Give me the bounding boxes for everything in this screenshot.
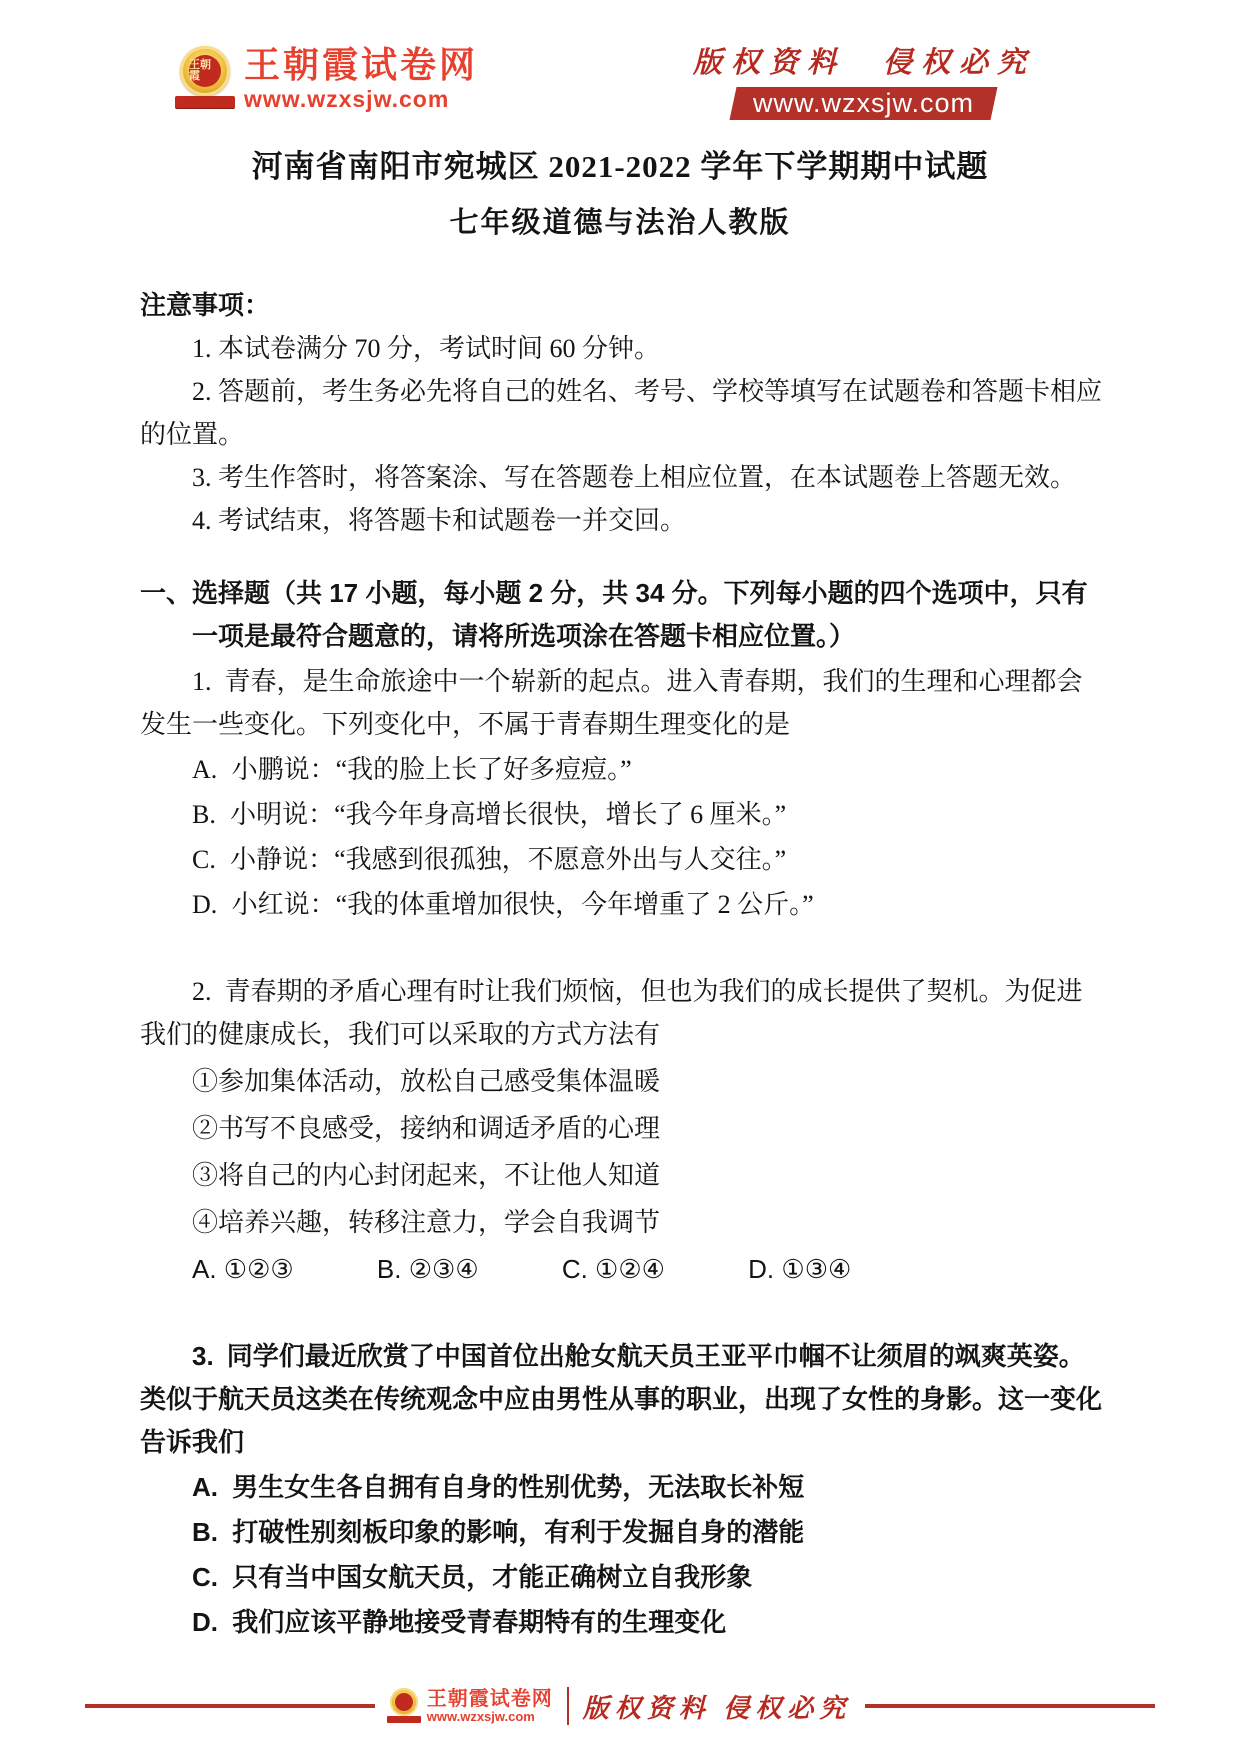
notice-item-1: 1. 本试卷满分 70 分，考试时间 60 分钟。 <box>140 327 1102 370</box>
footer-logo-center <box>395 1693 413 1711</box>
option-label: D. <box>192 890 217 919</box>
footer-copyright-slogan: 版权资料 侵权必究 <box>583 1688 852 1725</box>
notice-item-2: 2. 答题前，考生务必先将自己的姓名、考号、学校等填写在试题卷和答题卡相应的位置… <box>140 370 1102 456</box>
option-label: B. <box>192 800 216 829</box>
banner-url-text: www.wzxsjw.com <box>753 88 974 119</box>
option-label: C. <box>192 1562 218 1592</box>
footer-brand-name: 王朝霞试卷网 <box>427 1688 553 1710</box>
question-2-option-a: A. ①②③ <box>192 1254 294 1284</box>
option-text: 小明说：“我今年身高增长很快，增长了 6 厘米。” <box>230 800 786 829</box>
question-3-number: 3. <box>192 1341 214 1371</box>
option-text: 打破性别刻板印象的影响，有利于发掘自身的潜能 <box>232 1517 804 1547</box>
question-3-stem-text: 同学们最近欣赏了中国首位出舱女航天员王亚平巾帼不让须眉的飒爽英姿。类似于航天员这… <box>140 1341 1102 1457</box>
copyright-slogan: 版权资料 侵权必究 <box>693 40 1035 81</box>
brand-logo-icon: 王朝霞 <box>178 46 232 108</box>
option-label: A. <box>192 1472 218 1502</box>
question-1-stem: 1.青春，是生命旅途中一个崭新的起点。进入青春期，我们的生理和心理都会发生一些变… <box>140 660 1102 746</box>
copyright-block: 版权资料 侵权必究 www.wzxsjw.com <box>693 40 1035 120</box>
question-2-subitem-1: ①参加集体活动，放松自己感受集体温暖 <box>192 1060 1102 1103</box>
question-2-subitem-3: ③将自己的内心封闭起来，不让他人知道 <box>192 1154 1102 1197</box>
option-label: A. <box>192 755 217 784</box>
question-2-subitem-2: ②书写不良感受，接纳和调适矛盾的心理 <box>192 1107 1102 1150</box>
question-2: 2.青春期的矛盾心理有时让我们烦恼，但也为我们的成长提供了契机。为促进我们的健康… <box>140 970 1102 1291</box>
brand-logo-ribbon <box>175 96 235 108</box>
footer-logo-medal-icon <box>390 1688 418 1716</box>
question-3-option-b: B.打破性别刻板印象的影响，有利于发掘自身的潜能 <box>192 1511 1102 1554</box>
question-2-options-row: A. ①②③B. ②③④C. ①②④D. ①③④ <box>192 1248 1102 1291</box>
option-text: 只有当中国女航天员，才能正确树立自我形象 <box>232 1562 752 1592</box>
question-1-stem-text: 青春，是生命旅途中一个崭新的起点。进入青春期，我们的生理和心理都会发生一些变化。… <box>140 667 1083 739</box>
brand-text-block: 王朝霞试卷网 www.wzxsjw.com <box>244 46 478 113</box>
brand-url: www.wzxsjw.com <box>244 86 478 113</box>
option-text: 我们应该平静地接受青春期特有的生理变化 <box>232 1607 726 1637</box>
question-2-option-c: C. ①②④ <box>562 1254 665 1284</box>
option-text: 男生女生各自拥有自身的性别优势，无法取长补短 <box>232 1472 804 1502</box>
option-label: B. <box>192 1517 218 1547</box>
site-logo: 王朝霞 王朝霞试卷网 www.wzxsjw.com <box>178 46 478 113</box>
option-label: D. <box>192 1607 218 1637</box>
notice-item-3: 3. 考生作答时，将答案涂、写在答题卷上相应位置，在本试题卷上答题无效。 <box>140 456 1102 499</box>
question-1-option-b: B.小明说：“我今年身高增长很快，增长了 6 厘米。” <box>192 793 1102 836</box>
question-2-subitem-4: ④培养兴趣，转移注意力，学会自我调节 <box>192 1201 1102 1244</box>
footer-brand-block: 王朝霞试卷网 www.wzxsjw.com <box>427 1688 553 1724</box>
option-text: 小静说：“我感到很孤独，不愿意外出与人交往。” <box>230 845 786 874</box>
question-2-number: 2. <box>192 977 212 1006</box>
footer-logo-ribbon <box>387 1716 421 1723</box>
question-2-option-d: D. ①③④ <box>748 1254 851 1284</box>
footer-rule-left <box>85 1704 375 1708</box>
brand-logo-center-text: 王朝霞 <box>189 55 221 87</box>
question-1-option-a: A.小鹏说：“我的脸上长了好多痘痘。” <box>192 748 1102 791</box>
footer-divider <box>567 1687 569 1725</box>
question-3-option-c: C.只有当中国女航天员，才能正确树立自我形象 <box>192 1556 1102 1599</box>
question-1-option-d: D.小红说：“我的体重增加很快，今年增重了 2 公斤。” <box>192 883 1102 926</box>
question-2-stem: 2.青春期的矛盾心理有时让我们烦恼，但也为我们的成长提供了契机。为促进我们的健康… <box>140 970 1102 1056</box>
paper-title: 河南省南阳市宛城区 2021-2022 学年下学期期中试题 <box>0 141 1240 186</box>
question-3-stem: 3.同学们最近欣赏了中国首位出舱女航天员王亚平巾帼不让须眉的飒爽英姿。类似于航天… <box>140 1335 1102 1464</box>
section-heading: 一、选择题（共 17 小题，每小题 2 分，共 34 分。下列每小题的四个选项中… <box>140 572 1102 658</box>
notice-heading: 注意事项： <box>140 284 1102 327</box>
question-3-option-a: A.男生女生各自拥有自身的性别优势，无法取长补短 <box>192 1466 1102 1509</box>
url-ribbon-banner: www.wzxsjw.com <box>730 87 998 120</box>
question-2-option-b: B. ②③④ <box>377 1254 479 1284</box>
brand-name: 王朝霞试卷网 <box>244 46 478 84</box>
option-text: 小红说：“我的体重增加很快，今年增重了 2 公斤。” <box>232 890 814 919</box>
brand-logo-medal-icon: 王朝霞 <box>180 46 230 96</box>
option-label: C. <box>192 845 216 874</box>
question-3: 3.同学们最近欣赏了中国首位出舱女航天员王亚平巾帼不让须眉的飒爽英姿。类似于航天… <box>140 1335 1102 1644</box>
question-1-option-c: C.小静说：“我感到很孤独，不愿意外出与人交往。” <box>192 838 1102 881</box>
notice-item-4: 4. 考试结束，将答题卡和试题卷一并交回。 <box>140 499 1102 542</box>
paper-subtitle: 七年级道德与法治人教版 <box>0 200 1240 241</box>
paper-body: 注意事项： 1. 本试卷满分 70 分，考试时间 60 分钟。 2. 答题前，考… <box>140 284 1102 1644</box>
option-text: 小鹏说：“我的脸上长了好多痘痘。” <box>232 755 632 784</box>
footer-brand-url: www.wzxsjw.com <box>427 1710 553 1724</box>
footer-rule-right <box>865 1704 1155 1708</box>
question-1-number: 1. <box>192 667 212 696</box>
footer-brand-logo-icon <box>389 1688 419 1724</box>
question-1: 1.青春，是生命旅途中一个崭新的起点。进入青春期，我们的生理和心理都会发生一些变… <box>140 660 1102 926</box>
page-footer: 王朝霞试卷网 www.wzxsjw.com 版权资料 侵权必究 <box>85 1678 1155 1734</box>
question-2-stem-text: 青春期的矛盾心理有时让我们烦恼，但也为我们的成长提供了契机。为促进我们的健康成长… <box>140 977 1083 1049</box>
question-3-option-d: D.我们应该平静地接受青春期特有的生理变化 <box>192 1601 1102 1644</box>
